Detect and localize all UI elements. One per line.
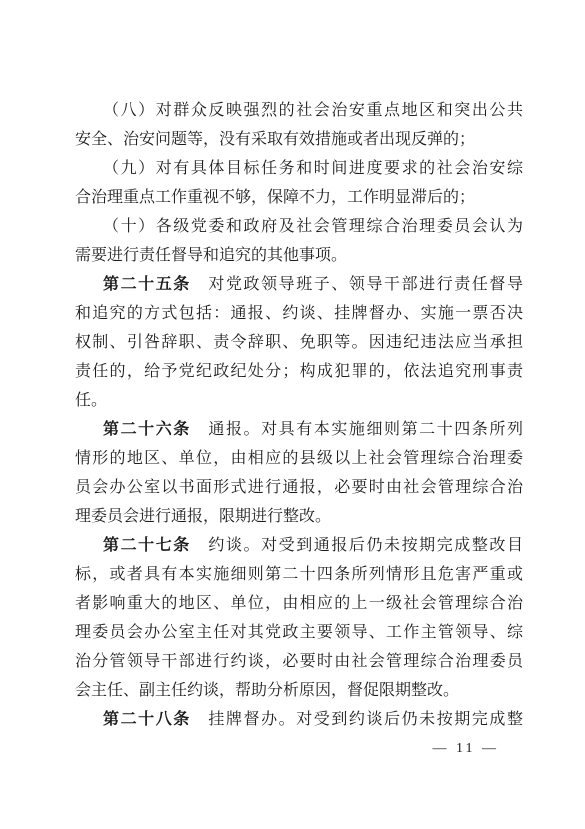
document-page: （八）对群众反映强烈的社会治安重点地区和突出公共安全、治安问题等，没有采取有效措… (0, 0, 585, 829)
text-line: 理委员会进行通报，限期进行整改。 (75, 501, 523, 530)
text-line: 标，或者具有本实施细则第二十四条所列情形且危害严重或 (75, 559, 523, 588)
text-line: 合治理重点工作重视不够，保障不力，工作明显滞后的； (75, 182, 523, 211)
text-line: 第二十六条 通报。对具有本实施细则第二十四条所列 (75, 414, 523, 443)
text-line: 员会办公室以书面形式进行通报，必要时由社会管理综合治 (75, 472, 523, 501)
text-line: 权制、引咎辞职、责令辞职、免职等。因违纪违法应当承担 (75, 327, 523, 356)
text-line: 需要进行责任督导和追究的其他事项。 (75, 240, 523, 269)
text-line: 治分管领导干部进行约谈，必要时由社会管理综合治理委员 (75, 646, 523, 675)
text-line: 和追究的方式包括：通报、约谈、挂牌督办、实施一票否决 (75, 298, 523, 327)
text-line: 第二十八条 挂牌督办。对受到约谈后仍未按期完成整 (75, 704, 523, 733)
text-line: 安全、治安问题等，没有采取有效措施或者出现反弹的； (75, 124, 523, 153)
article-number: 第二十六条 (103, 419, 191, 438)
article-number: 第二十八条 (103, 709, 191, 728)
text-line: 责任的，给予党纪政纪处分；构成犯罪的，依法追究刑事责 (75, 356, 523, 385)
text-line: 情形的地区、单位，由相应的县级以上社会管理综合治理委 (75, 443, 523, 472)
text-line: （八）对群众反映强烈的社会治安重点地区和突出公共 (75, 95, 523, 124)
document-body: （八）对群众反映强烈的社会治安重点地区和突出公共安全、治安问题等，没有采取有效措… (75, 95, 523, 733)
text-line: 第二十七条 约谈。对受到通报后仍未按期完成整改目 (75, 530, 523, 559)
text-line: 任。 (75, 385, 523, 414)
page-number: — 11 — (433, 741, 499, 757)
text-line: 理委员会办公室主任对其党政主要领导、工作主管领导、综 (75, 617, 523, 646)
article-number: 第二十七条 (103, 535, 191, 554)
text-line: 第二十五条 对党政领导班子、领导干部进行责任督导 (75, 269, 523, 298)
text-line: 会主任、副主任约谈，帮助分析原因，督促限期整改。 (75, 675, 523, 704)
article-number: 第二十五条 (103, 274, 191, 293)
text-line: （十）各级党委和政府及社会管理综合治理委员会认为 (75, 211, 523, 240)
text-line: （九）对有具体目标任务和时间进度要求的社会治安综 (75, 153, 523, 182)
text-line: 者影响重大的地区、单位，由相应的上一级社会管理综合治 (75, 588, 523, 617)
